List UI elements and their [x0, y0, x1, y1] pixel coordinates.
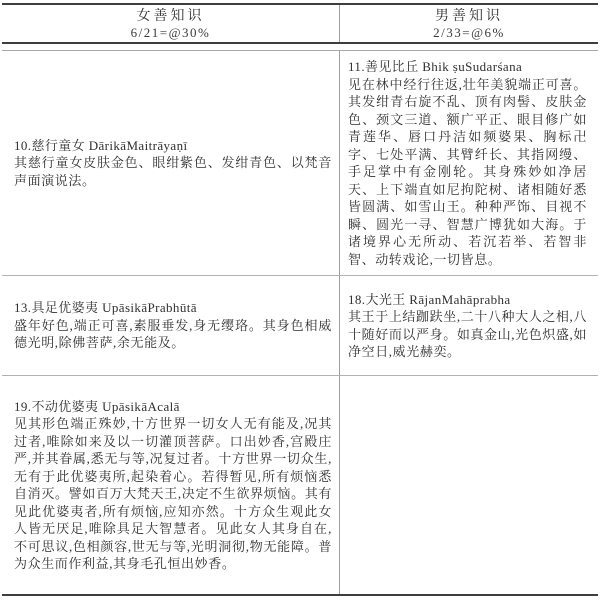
entry-11-body: 见在林中经行往返,壮年美貌端正可喜。其发绀青右旋不乱、顶有肉髻、皮肤金色、颈文三… — [348, 76, 587, 269]
cell-entry-19: 19.不动优婆夷 UpāsikāAcalā 见其形色端正殊妙,十方世界一切女人无… — [2, 376, 339, 594]
entry-18-title: 18.大光王 RājanMahāprabha — [348, 291, 587, 309]
entry-13-body: 盛年好色,端正可喜,素服垂发,身无缨珞。其身色相威德光明,除佛菩萨,余无能及。 — [14, 317, 332, 352]
entry-19: 19.不动优婆夷 UpāsikāAcalā 见其形色端正殊妙,十方世界一切女人无… — [14, 398, 332, 573]
cell-entry-10: 10.慈行童女 DārikāMaitrāyaṇī 其慈行童女皮肤金色、眼绀紫色、… — [2, 51, 339, 275]
cell-entry-18: 18.大光王 RājanMahāprabha 其王于上结跏趺坐,二十八种大人之相… — [339, 276, 598, 375]
table-row: 13.具足优婆夷 UpāsikāPrabhūtā 盛年好色,端正可喜,素服垂发,… — [2, 276, 598, 376]
entry-10-title: 10.慈行童女 DārikāMaitrāyaṇī — [14, 137, 332, 155]
entry-13-title: 13.具足优婆夷 UpāsikāPrabhūtā — [14, 299, 332, 317]
table-row: 10.慈行童女 DārikāMaitrāyaṇī 其慈行童女皮肤金色、眼绀紫色、… — [2, 51, 598, 276]
column-stat-female: 6/21=@30% — [131, 25, 211, 41]
entry-19-body: 见其形色端正殊妙,十方世界一切女人无有能及,况其过者,唯除如来及以一切灌顶菩萨。… — [14, 415, 332, 573]
cell-entry-13: 13.具足优婆夷 UpāsikāPrabhūtā 盛年好色,端正可喜,素服垂发,… — [2, 276, 339, 375]
entry-11: 11.善见比丘 Bhik ṣuSudarśana 见在林中经行往返,壮年美貌端正… — [348, 58, 587, 268]
table-bottom-rule — [2, 594, 598, 596]
header-cell-male: 男善知识 2/33=@6% — [339, 5, 598, 42]
column-title-male: 男善知识 — [435, 9, 503, 25]
cell-empty — [339, 376, 598, 594]
column-title-female: 女善知识 — [137, 9, 205, 25]
cell-entry-11: 11.善见比丘 Bhik ṣuSudarśana 见在林中经行往返,壮年美貌端正… — [339, 51, 598, 275]
entry-13: 13.具足优婆夷 UpāsikāPrabhūtā 盛年好色,端正可喜,素服垂发,… — [14, 299, 332, 352]
entry-10-body: 其慈行童女皮肤金色、眼绀紫色、发绀青色、以梵音声面演说法。 — [14, 154, 332, 189]
entry-18: 18.大光王 RājanMahāprabha 其王于上结跏趺坐,二十八种大人之相… — [348, 291, 587, 361]
table-row: 19.不动优婆夷 UpāsikāAcalā 见其形色端正殊妙,十方世界一切女人无… — [2, 376, 598, 594]
entry-19-title: 19.不动优婆夷 UpāsikāAcalā — [14, 398, 332, 416]
header-double-rule — [2, 42, 598, 51]
good-friends-table: 女善知识 6/21=@30% 男善知识 2/33=@6% 10.慈行童女 Dār… — [2, 3, 598, 596]
table-header-row: 女善知识 6/21=@30% 男善知识 2/33=@6% — [2, 5, 598, 42]
column-stat-male: 2/33=@6% — [433, 25, 505, 41]
entry-10: 10.慈行童女 DārikāMaitrāyaṇī 其慈行童女皮肤金色、眼绀紫色、… — [14, 137, 332, 190]
header-cell-female: 女善知识 6/21=@30% — [2, 5, 339, 42]
entry-11-title: 11.善见比丘 Bhik ṣuSudarśana — [348, 58, 587, 76]
entry-18-body: 其王于上结跏趺坐,二十八种大人之相,八十随好而以严身。如真金山,光色炽盛,如净空… — [348, 308, 587, 361]
